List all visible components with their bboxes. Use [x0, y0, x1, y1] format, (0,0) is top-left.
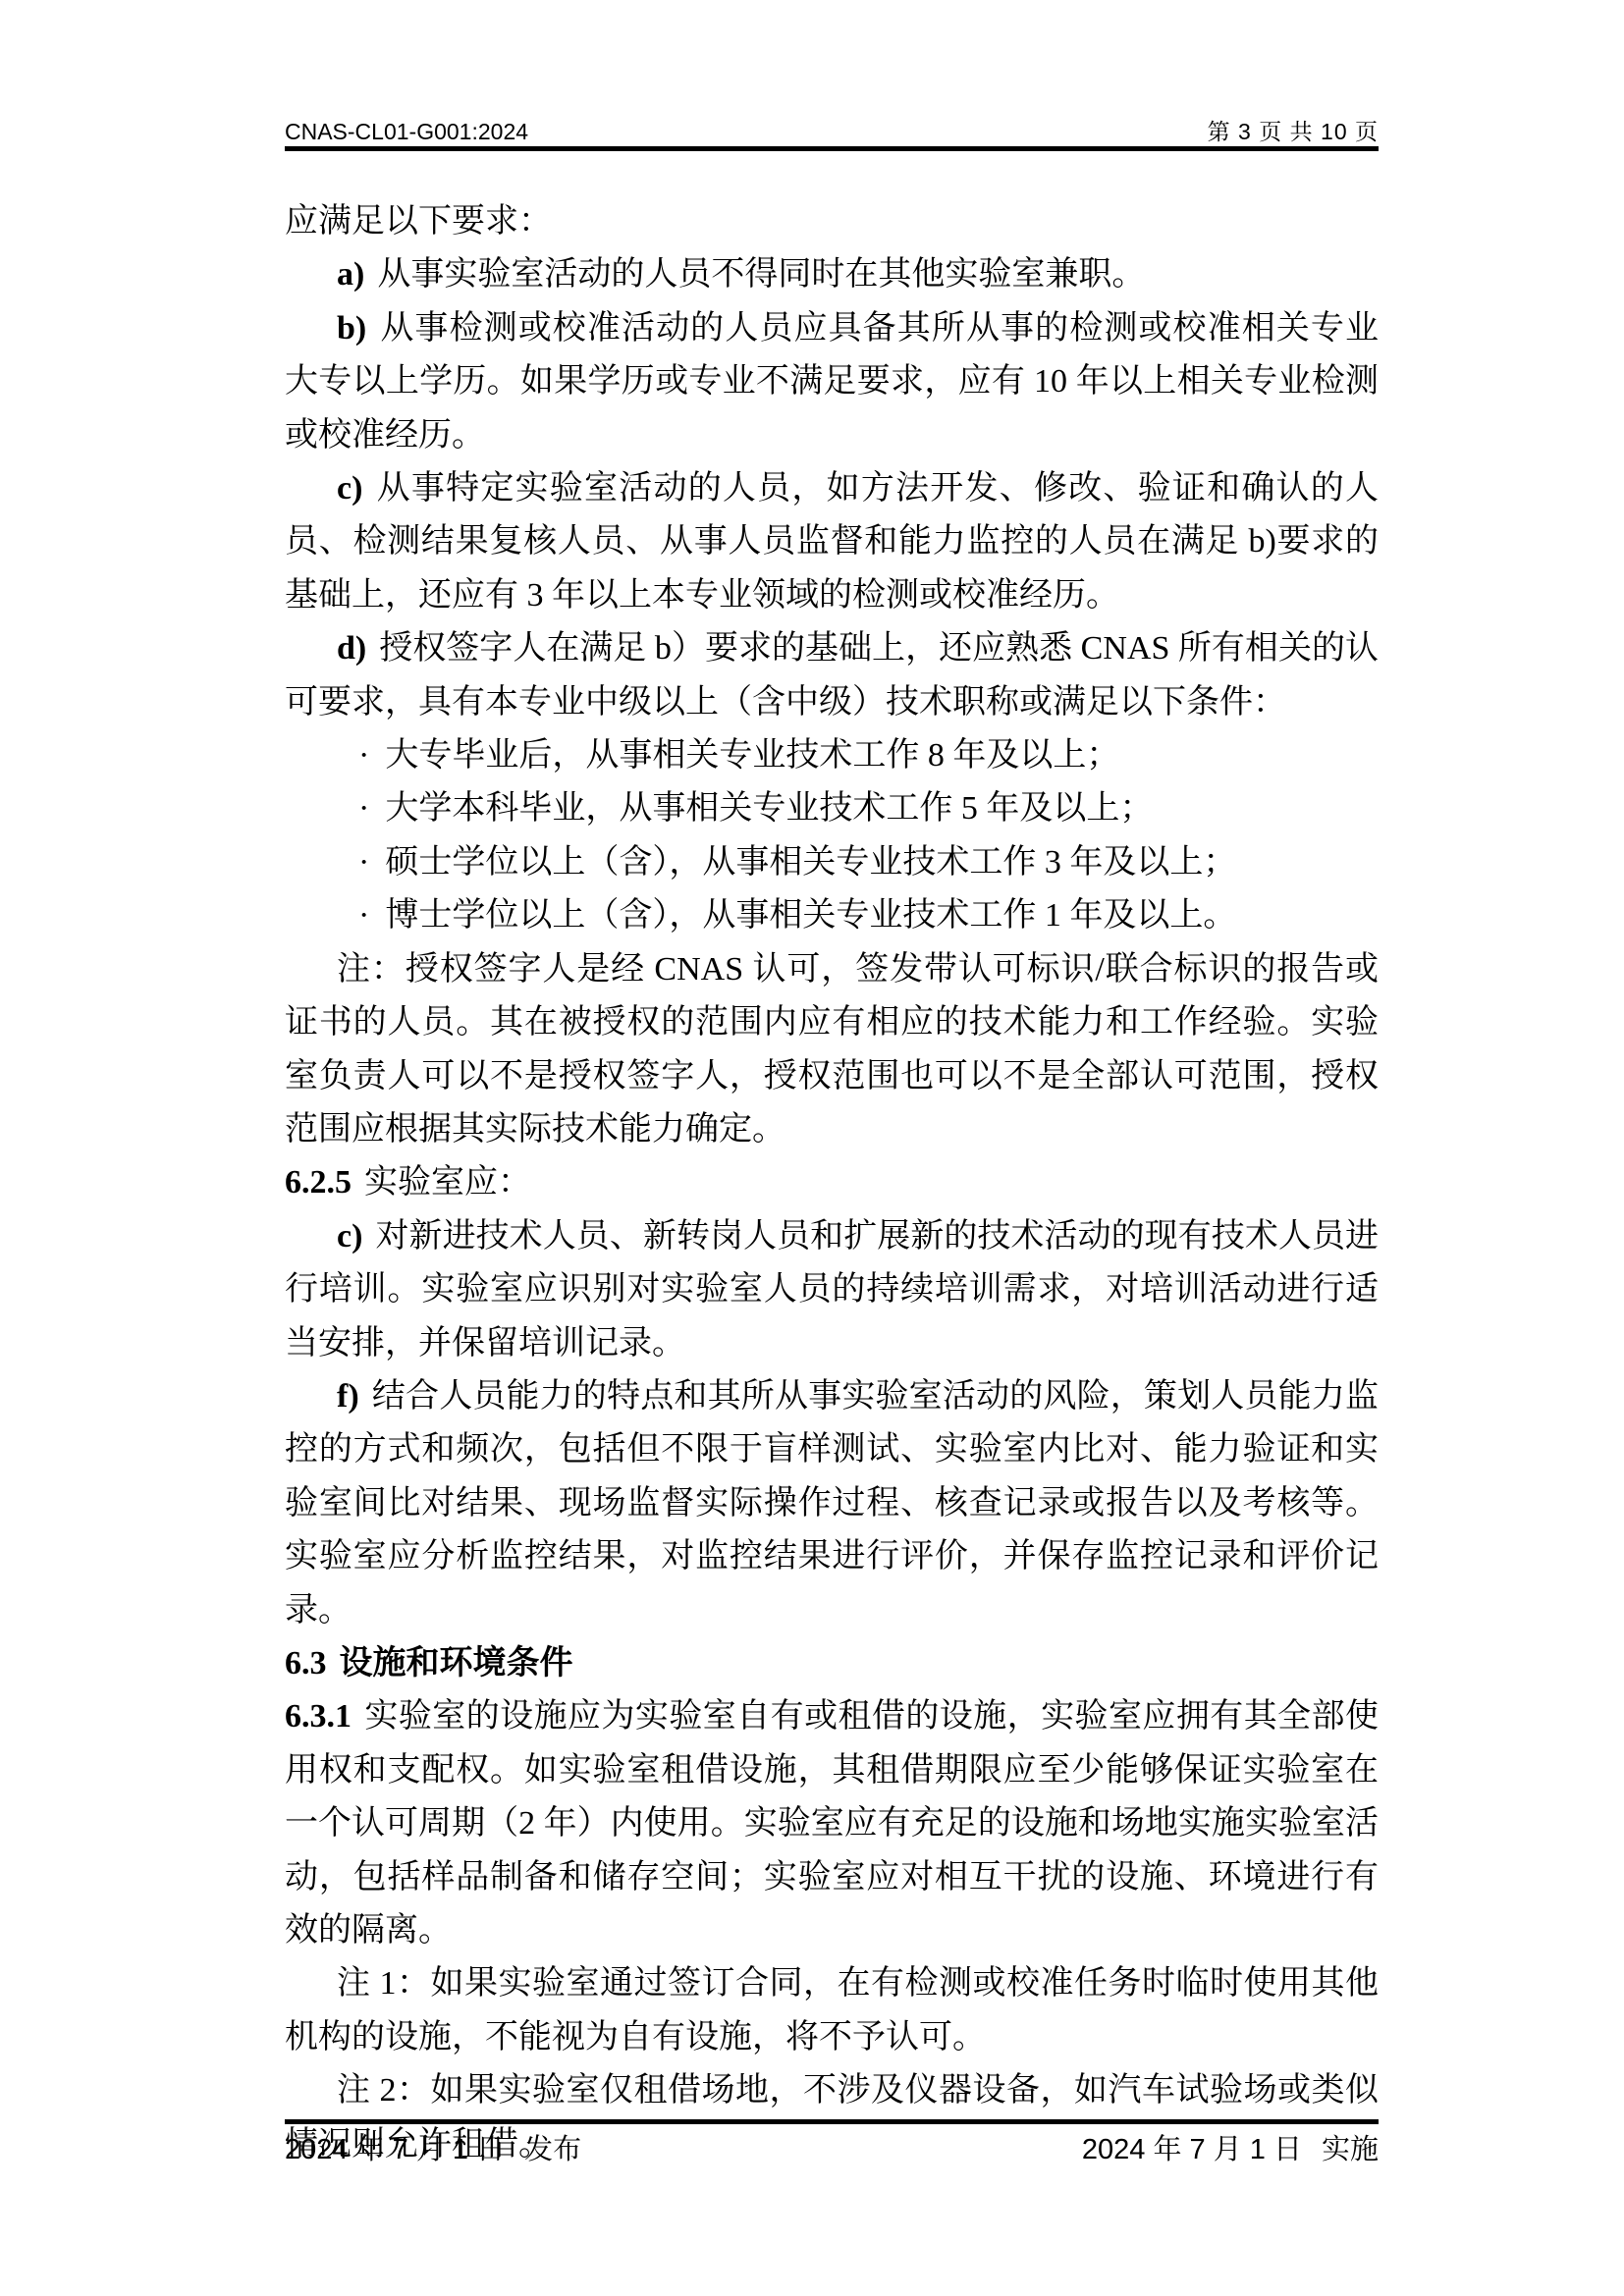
list-item-a: a)从事实验室活动的人员不得同时在其他实验室兼职。 — [285, 248, 1379, 301]
bullet-item-bachelor: ·大学本科毕业，从事相关专业技术工作 5 年及以上； — [285, 782, 1379, 835]
implement-date: 2024 年 7 月 1 日 — [1082, 2134, 1302, 2165]
clause-number: 6.3 — [285, 1645, 327, 1682]
item-label: f) — [337, 1378, 359, 1415]
item-label: d) — [337, 630, 366, 667]
bullet-item-master: ·硕士学位以上（含），从事相关专业技术工作 3 年及以上； — [285, 836, 1379, 889]
note-label: 注 1： — [337, 1965, 431, 2002]
list-item-b: b)从事检测或校准活动的人员应具备其所从事的检测或校准相关专业大专以上学历。如果… — [285, 302, 1379, 462]
doc-number: CNAS-CL01-G001:2024 — [285, 118, 528, 145]
heading-6-3: 6.3设施和环境条件 — [285, 1637, 1379, 1690]
bullet-icon: · — [358, 737, 369, 774]
bullet-item-doctor: ·博士学位以上（含），从事相关专业技术工作 1 年及以上。 — [285, 889, 1379, 942]
item-label: c) — [337, 1218, 362, 1255]
implement-date-block: 2024 年 7 月 1 日实施 — [1082, 2132, 1379, 2167]
clause-6-2-5: 6.2.5实验室应： — [285, 1156, 1379, 1209]
footer-rule — [285, 2119, 1379, 2124]
page-footer: 2024 年 7 月 1 日发布 2024 年 7 月 1 日实施 — [285, 2132, 1379, 2167]
clause-6-3-1: 6.3.1实验室的设施应为实验室自有或租借的设施，实验室应拥有其全部使用权和支配… — [285, 1690, 1379, 1957]
issue-date: 2024 年 7 月 1 日 — [285, 2134, 505, 2165]
page-header: CNAS-CL01-G001:2024 第 3 页 共 10 页 — [285, 114, 1379, 145]
clause-number: 6.3.1 — [285, 1698, 352, 1735]
bullet-icon: · — [358, 790, 369, 827]
document-page: CNAS-CL01-G001:2024 第 3 页 共 10 页 应满足以下要求… — [0, 0, 1624, 2296]
list-item-d: d)授权签字人在满足 b）要求的基础上，还应熟悉 CNAS 所有相关的认可要求，… — [285, 622, 1379, 729]
note-label: 注： — [337, 951, 406, 988]
page-indicator: 第 3 页 共 10 页 — [1208, 118, 1379, 145]
item-label: b) — [337, 310, 366, 347]
bullet-icon: · — [358, 897, 369, 934]
list-item-625-f: f)结合人员能力的特点和其所从事实验室活动的风险，策划人员能力监控的方式和频次，… — [285, 1370, 1379, 1637]
document-body: 应满足以下要求： a)从事实验室活动的人员不得同时在其他实验室兼职。 b)从事检… — [285, 195, 1379, 2171]
list-item-625-c: c)对新进技术人员、新转岗人员和扩展新的技术活动的现有技术人员进行培训。实验室应… — [285, 1210, 1379, 1370]
note-1: 注 1：如果实验室通过签订合同，在有检测或校准任务时临时使用其他机构的设施，不能… — [285, 1957, 1379, 2064]
issue-label: 发布 — [524, 2134, 581, 2165]
item-label: c) — [337, 470, 362, 507]
bullet-icon: · — [358, 844, 369, 881]
note-label: 注 2： — [337, 2072, 431, 2109]
list-item-c: c)从事特定实验室活动的人员，如方法开发、修改、验证和确认的人员、检测结果复核人… — [285, 462, 1379, 622]
paragraph-continuation: 应满足以下要求： — [285, 195, 1379, 248]
header-rule — [285, 146, 1379, 151]
item-label: a) — [337, 256, 364, 293]
bullet-item-college: ·大专毕业后，从事相关专业技术工作 8 年及以上； — [285, 729, 1379, 782]
implement-label: 实施 — [1322, 2134, 1379, 2165]
issue-date-block: 2024 年 7 月 1 日发布 — [285, 2132, 581, 2167]
note-authorized-signatory: 注：授权签字人是经 CNAS 认可，签发带认可标识/联合标识的报告或证书的人员。… — [285, 943, 1379, 1157]
clause-number: 6.2.5 — [285, 1164, 352, 1201]
